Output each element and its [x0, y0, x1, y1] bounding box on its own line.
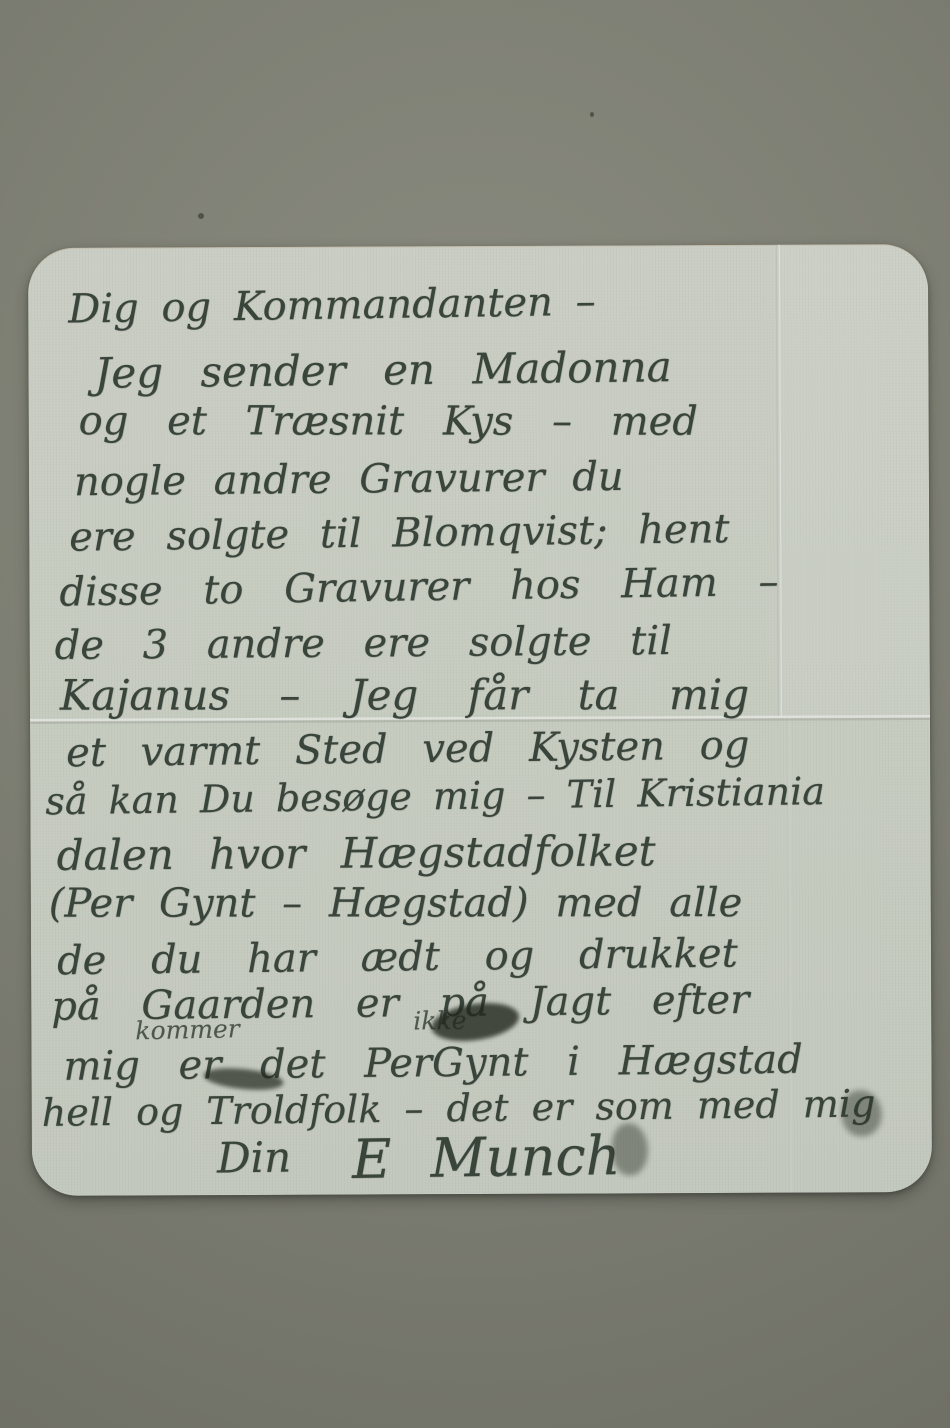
handwritten-line-4: nogle andre Gravurer du — [74, 454, 624, 505]
closing-word: Din — [217, 1133, 292, 1183]
dust-speck — [198, 213, 204, 219]
paper-fold-panel — [780, 244, 930, 717]
handwritten-line-2: Jeg sender en Madonna — [94, 342, 672, 398]
inserted-word-kommer: kommer — [135, 1014, 240, 1045]
signature: E Munch — [351, 1124, 620, 1191]
handwritten-line-7: de 3 andre ere solgte til — [54, 618, 672, 669]
handwritten-line-12: (Per Gynt – Hægstad) med alle — [49, 880, 743, 927]
handwritten-line-15: mig er det PerGynt i Hægstad — [63, 1037, 803, 1090]
dust-speck — [590, 112, 594, 117]
handwritten-line-3: og et Træsnit Kys – med — [79, 398, 698, 445]
handwritten-line-13: de du har ædt og drukket — [57, 931, 738, 985]
handwritten-line-6: disse to Gravurer hos Ham – — [59, 559, 779, 616]
ink-smudge — [842, 1090, 882, 1136]
handwritten-line-11: dalen hvor Hægstadfolket — [56, 826, 655, 880]
letter-sheet: Dig og Kommandanten – Jeg sender en Mado… — [28, 244, 932, 1196]
handwritten-line-8: Kajanus – Jeg får ta mig — [60, 670, 749, 720]
handwritten-line-1: Dig og Kommandanten – — [68, 279, 596, 333]
handwritten-line-9: et varmt Sted ved Kysten og — [66, 722, 750, 776]
ink-smudge — [612, 1123, 648, 1175]
handwritten-line-10: så kan Du besøge mig – Til Kristiania — [45, 769, 825, 823]
handwritten-line-5: ere solgte til Blomqvist; hent — [69, 506, 730, 561]
